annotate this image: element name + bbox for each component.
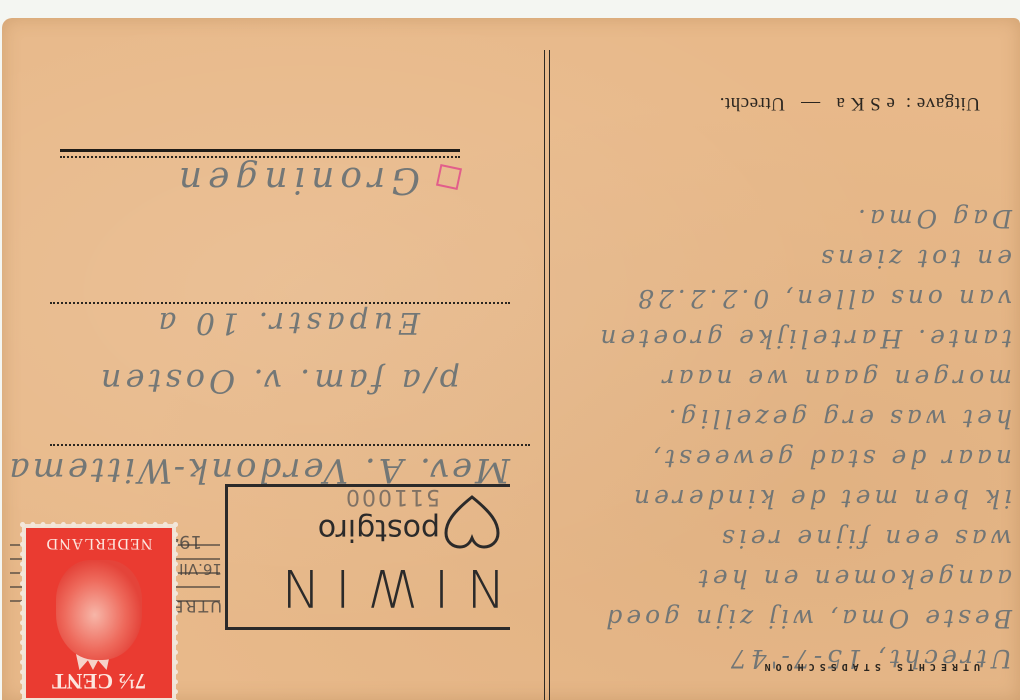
slogan-account: 511000 [344, 484, 440, 509]
message-line: was een fijne reis [552, 518, 1012, 558]
postage-stamp: 7½ CENT NEDERLAND [26, 528, 172, 698]
slogan-postmark: NIWIN postgiro 511000 [225, 484, 510, 630]
postcard-back: Utrecht, 15-7-'47 Beste Oma, wij zijn go… [2, 18, 1020, 700]
address-line [50, 302, 510, 304]
handwritten-message: Utrecht, 15-7-'47 Beste Oma, wij zijn go… [552, 198, 1012, 678]
slogan-brand: NIWIN [264, 557, 504, 617]
center-divider [549, 50, 550, 700]
message-line: aangekomen en het [552, 558, 1012, 598]
message-line: het was erg gezellig. [552, 398, 1012, 438]
stamp-value: 7½ CENT [34, 668, 164, 694]
message-line: naar de stad geweest, [552, 438, 1012, 478]
address-careof: p/a fam. v. Oosten [97, 362, 460, 400]
address-street: Eupastr. 10 a [154, 305, 420, 340]
message-line: morgen gaan we naar [552, 358, 1012, 398]
message-line: en tot ziens [552, 238, 1012, 278]
stamp-country: NEDERLAND [32, 534, 166, 552]
message-line: Utrecht, 15-7-'47 [552, 638, 1012, 678]
message-line: ik ben met de kinderen [552, 478, 1012, 518]
message-line: Dag Oma. [552, 198, 1012, 238]
address-line [60, 149, 460, 152]
scan-background: Utrecht, 15-7-'47 Beste Oma, wij zijn go… [0, 0, 1020, 700]
series-title: UTRECHTS STADSSCHOON [760, 661, 980, 672]
address-line [60, 156, 460, 158]
heart-icon [442, 493, 502, 551]
queen-portrait-icon [56, 560, 142, 660]
publisher-line: Uitgave : e S K a — Utrecht. [719, 92, 980, 114]
address-line [50, 444, 530, 446]
message-line: Beste Oma, wij zijn goed [552, 598, 1012, 638]
center-divider [544, 50, 545, 700]
postcard-rotated-content: Utrecht, 15-7-'47 Beste Oma, wij zijn go… [2, 18, 1020, 700]
message-line: van ons allen, 0.2.2.28 [552, 278, 1012, 318]
address-city: Groningen [173, 159, 420, 200]
red-stamp-mark [436, 164, 462, 190]
slogan-word: postgiro [318, 512, 440, 547]
message-line: tante. Hartelijke groeten [552, 318, 1012, 358]
